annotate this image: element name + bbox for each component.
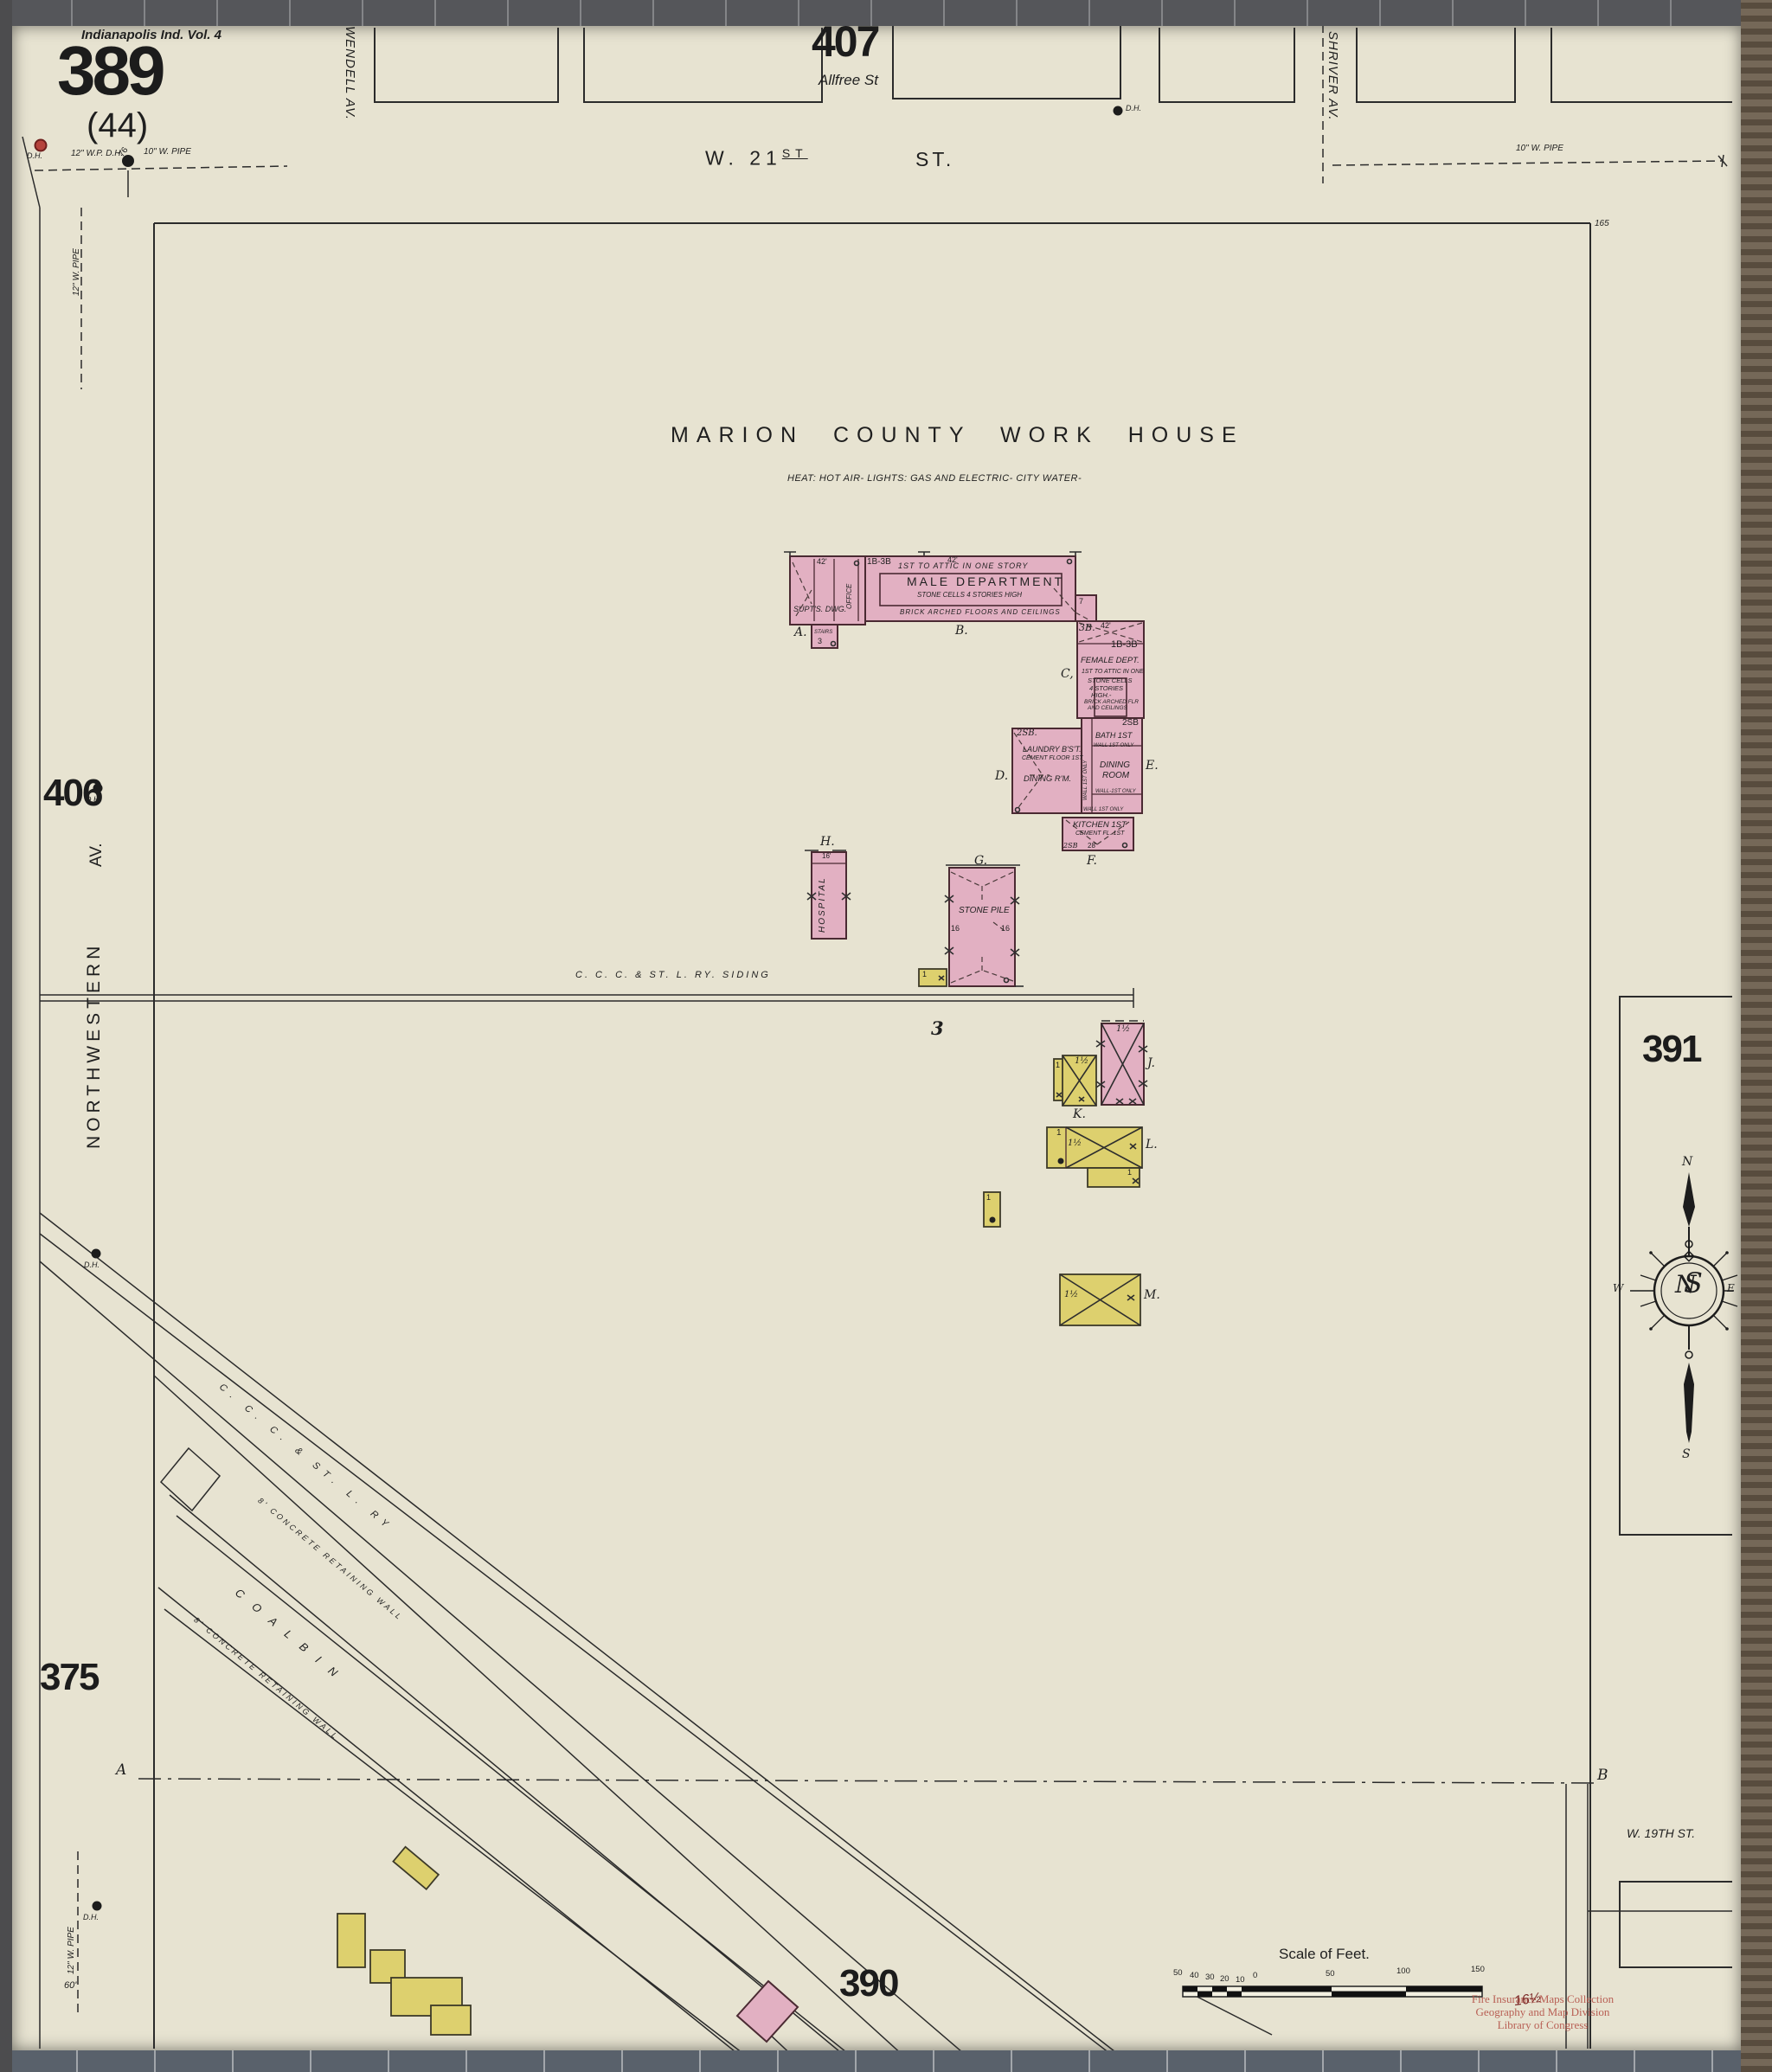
compass-s: S [1682,1448,1691,1461]
kitchen-floor: CEMENT FL. 1ST [1075,831,1124,837]
female-attic: 1ST TO ATTIC IN ONE [1082,669,1144,675]
male-floors: BRICK ARCHED FLOORS AND CEILINGS [900,609,1061,616]
laundry-floor: CEMENT FLOOR 1ST [1022,755,1082,761]
dh-label-5: D.H. [83,1914,99,1921]
letter-a: A. [794,626,807,639]
hospital-building [812,852,846,939]
supt-dwg-label: SUPT'S. DWG. [793,606,846,613]
compass-rose [1630,1172,1737,1443]
pipe10-left-label: 10" W. PIPE [144,148,191,157]
female-dim: 42' [1101,622,1111,630]
sanborn-map-sheet: Indianapolis Ind. Vol. 4 389 (44) 407 Al… [0,0,1772,2072]
compass-w: W [1613,1283,1623,1294]
female-cells1: STONE CELLS [1088,677,1133,684]
scale-0: 0 [1253,1972,1257,1980]
shriver-av-label: SHRIVER AV. [1326,31,1339,121]
letter-c: C, [1061,668,1074,681]
letter-j: J. [1147,1057,1155,1070]
railroad-siding [40,988,1133,1008]
l-floors: 1½ [1068,1139,1082,1149]
stairs-label: STAIRS [814,630,832,635]
female-3b: 3B. [1079,623,1095,633]
siding-label: C. C. C. & ST. L. RY. SIDING [575,971,771,981]
pipe12-label: 12" W.P. D.H. [71,150,123,159]
stairs-box [812,625,838,648]
laundry-dining: DINING R'M. [1024,775,1071,784]
pipe12-vert-bottom-label: 12" W. PIPE [67,1927,77,1974]
shed2-floors: 1 [986,1194,991,1202]
male-attic: 1ST TO ATTIC IN ONE STORY [898,562,1028,570]
scale-50r: 50 [1326,1970,1335,1979]
female-floors2: AND CEILINGS [1088,706,1127,712]
adjacent-sheet-375: 375 [40,1658,98,1697]
pipe10-right-label: 10" W. PIPE [1516,144,1563,154]
water-pipe-right [1332,161,1722,165]
kitchen-2sb: 2SB [1063,843,1077,850]
section-marker-b: B [1597,1768,1608,1784]
stone-pile-dim-l: 16 [951,925,960,933]
section-marker-a: A [116,1763,126,1779]
scale-title: Scale of Feet. [1279,1947,1370,1962]
dh-red-dot [35,140,47,151]
letter-e: E. [1146,760,1159,773]
map-linework [0,0,1772,2072]
bath-2sb: 2SB [1122,719,1139,728]
bath-dining1: DINING [1100,761,1130,771]
scale-30: 30 [1205,1973,1215,1982]
scale-150: 150 [1471,1966,1485,1974]
dh-label-2: D.H. [1126,105,1141,112]
scan-edge-bottom [0,2050,1772,2072]
adjacent-sheet-391: 391 [1642,1030,1700,1069]
compass-monogram-s: S [1684,1269,1703,1299]
connector-label: 7 [1079,598,1083,606]
laundry-name: LAUNDRY B'S'T. [1023,746,1082,754]
compass-n: N [1682,1156,1692,1169]
letter-h: H. [820,836,835,849]
workhouse-title: MARION COUNTY WORK HOUSE [671,424,1244,446]
bottom-pink-building [737,1981,798,2042]
stamp-line2: Geography and Map Division [1461,2006,1625,2019]
male-cells: STONE CELLS 4 STORIES HIGH [917,592,1022,599]
female-cells3: HIGH.- [1091,692,1111,699]
northwestern-av-label: AV. [88,844,106,867]
bath-dining2: ROOM [1102,772,1129,781]
m-floors: 1½ [1064,1291,1078,1300]
bottom-buildings [337,1847,798,2042]
w19th-label: W. 19TH ST. [1627,1827,1695,1840]
letter-l: L. [1146,1139,1158,1151]
wendell-av-label: WENDELL AV. [343,26,356,120]
bath-wall2: WALL-1ST ONLY [1095,789,1136,794]
w21st-label: W. 21ST [705,147,808,169]
scan-edge-left [0,0,12,2072]
sheet-alt-number: (44) [87,107,148,144]
letter-g: G. [974,855,987,868]
section-line-a-b [138,1779,1595,1783]
dim-165: 165 [1595,220,1609,229]
letter-d: D. [995,770,1008,783]
letter-k: K. [1073,1108,1086,1121]
book-binding-edge [1741,0,1772,2072]
male-dim1: 42' [817,558,827,566]
city-block-outlines [375,26,1732,102]
adjacent-sheet-406: 406 [43,773,101,813]
stamp-line1: Fire Insurance Maps Collection [1461,1993,1625,2006]
l-annex-floors: 1 [1127,1169,1132,1177]
stone-pile-label: STONE PILE [959,907,1010,916]
scale-20: 20 [1220,1975,1229,1984]
letter-m: M. [1144,1289,1160,1302]
hospital-name: HOSPITAL [819,876,828,933]
dh-label-1: D.H. [27,152,42,160]
w21st-st-label: ST. [915,149,954,170]
compass-e: E [1727,1283,1735,1294]
northwestern-label: NORTHWESTERN [85,942,104,1149]
female-name: FEMALE DEPT. [1081,657,1140,665]
office-label: OFFICE [846,584,853,609]
laundry-building [1012,728,1082,813]
scale-40: 40 [1190,1972,1199,1980]
sheet-number: 389 [57,35,162,107]
southeast-block-outline [1620,1882,1732,1967]
bath-name: BATH 1ST [1095,732,1132,740]
k-floors: 1½ [1075,1057,1088,1067]
lot-number: 3 [931,1019,944,1038]
male-name: MALE DEPARTMENT [907,575,1064,588]
shed-floors: 1 [922,971,927,978]
bath-wall-left: WALL 1ST ONLY [1083,760,1088,800]
hospital-dim: 16' [822,853,831,860]
male-header: 1B-3B [867,558,891,568]
scale-10: 10 [1236,1976,1245,1985]
laundry-2sb: 2SB. [1017,729,1037,739]
stone-pile-dim-r: 16 [1001,925,1010,933]
workhouse-subtitle: HEAT: HOT AIR- LIGHTS: GAS AND ELECTRIC-… [787,474,1082,484]
allfree-st-label: Allfree St [819,73,878,88]
scale-100: 100 [1396,1967,1410,1976]
dim-60: 60' [64,1981,76,1992]
scale-bar [1183,1986,1482,1997]
east-block-outline [1620,997,1732,1535]
coal-bin-end-cap [161,1448,220,1511]
adjacent-sheet-390: 390 [839,1964,897,2004]
scale-50l: 50 [1173,1969,1183,1978]
pipe12-vert-top-label: 12" W. PIPE [73,248,82,296]
loc-stamp: Fire Insurance Maps Collection Geography… [1461,1993,1625,2032]
water-pipe-left [35,166,287,170]
dh-label-3: D.H. [86,796,101,804]
female-header: 1B-3B [1111,640,1138,651]
kitchen-name: KITCHEN 1ST [1073,821,1127,830]
bath-wall3: WALL 1ST ONLY [1083,807,1123,812]
supt-dwelling [790,556,865,625]
l-one: 1 [1056,1129,1062,1139]
letter-f: F. [1087,855,1097,868]
bath-wall1: WALL 1ST ONLY [1094,743,1133,748]
scan-edge-top [0,0,1772,26]
stamp-line3: Library of Congress [1461,2019,1625,2032]
k-annex-floors: 1 [1056,1062,1060,1069]
kitchen-dim: 28' [1088,843,1096,850]
male-dim2: 42' [947,556,958,564]
letter-b: B. [955,625,968,638]
stairs-floors: 3 [818,638,822,645]
dh-label-4: D.H. [84,1261,100,1269]
j-floors: 1½ [1116,1025,1130,1035]
